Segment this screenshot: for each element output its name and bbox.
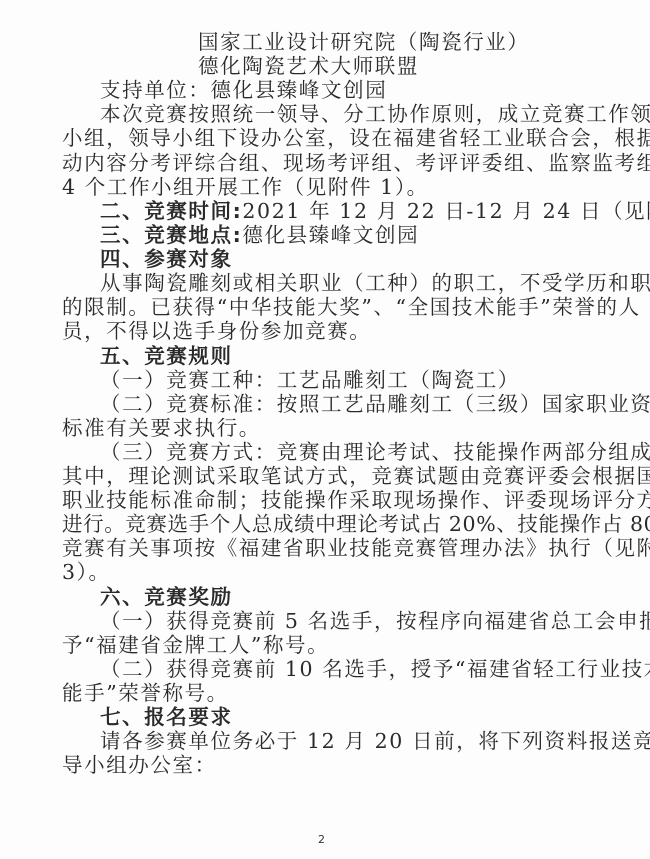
- intro-line: 小组，领导小组下设办公室，设在福建省轻工业联合会，根据活: [62, 126, 650, 150]
- support-value: 德化县臻峰文创园: [211, 78, 388, 102]
- support-label: 支持单位：: [100, 78, 211, 102]
- paragraph-line: 进行。竞赛选手个人总成绩中理论考试占 20%、技能操作占 80%。: [62, 512, 650, 536]
- paragraph-line: 标准有关要求执行。: [62, 416, 261, 440]
- paragraph-line: （一）竞赛工种：工艺品雕刻工（陶瓷工）: [100, 368, 520, 392]
- section-heading: 二、竞赛时间:: [100, 199, 242, 223]
- section-text: 2021 年 12 月 22 日-12 月 24 日（见附件 2）。: [242, 199, 650, 223]
- section-heading: 六、竞赛奖励: [100, 585, 233, 609]
- paragraph-line: 的限制。已获得“中华技能大奖”、“全国技术能手”荣誉的人: [62, 295, 641, 319]
- paragraph-line: 其中，理论测试采取笔试方式，竞赛试题由竞赛评委会根据国家: [62, 464, 650, 488]
- org-line-2: 德化陶瓷艺术大师联盟: [198, 54, 419, 78]
- paragraph-line: 3）。: [62, 560, 111, 584]
- support-line: 支持单位：德化县臻峰文创园: [100, 78, 387, 102]
- intro-line: 4 个工作小组开展工作（见附件 1）。: [62, 175, 429, 199]
- paragraph-line: 员，不得以选手身份参加竞赛。: [62, 319, 371, 343]
- section-time: 二、竞赛时间:2021 年 12 月 22 日-12 月 24 日（见附件 2）…: [100, 199, 650, 223]
- page-number: 2: [318, 833, 325, 846]
- paragraph-line: 能手”荣誉称号。: [62, 681, 229, 705]
- intro-line: 本次竞赛按照统一领导、分工协作原则，成立竞赛工作领导: [100, 102, 650, 126]
- paragraph-line: 从事陶瓷雕刻或相关职业（工种）的职工，不受学历和职务: [100, 271, 650, 295]
- paragraph-line: 予“福建省金牌工人”称号。: [62, 633, 329, 657]
- paragraph-line: （二）获得竞赛前 10 名选手，授予“福建省轻工行业技术: [100, 657, 650, 681]
- section-heading: 三、竞赛地点:: [100, 223, 242, 247]
- document-page: 国家工业设计研究院（陶瓷行业） 德化陶瓷艺术大师联盟 支持单位：德化县臻峰文创园…: [0, 0, 650, 859]
- section-location: 三、竞赛地点:德化县臻峰文创园: [100, 223, 419, 247]
- paragraph-line: 导小组办公室：: [62, 753, 217, 777]
- paragraph-line: （一）获得竞赛前 5 名选手，按程序向福建省总工会申报授: [100, 609, 650, 633]
- paragraph-line: 职业技能标准命制；技能操作采取现场操作、评委现场评分方式: [62, 488, 650, 512]
- section-heading: 五、竞赛规则: [100, 344, 233, 368]
- paragraph-line: （三）竞赛方式：竞赛由理论考试、技能操作两部分组成，: [100, 440, 650, 464]
- paragraph-line: 竞赛有关事项按《福建省职业技能竞赛管理办法》执行（见附件: [62, 536, 650, 560]
- intro-line: 动内容分考评综合组、现场考评组、考评评委组、监察监考组等: [62, 151, 650, 175]
- section-heading: 四、参赛对象: [100, 247, 233, 271]
- paragraph-line: （二）竞赛标准：按照工艺品雕刻工（三级）国家职业资格: [100, 392, 650, 416]
- org-line-1: 国家工业设计研究院（陶瓷行业）: [198, 30, 530, 54]
- section-heading: 七、报名要求: [100, 705, 233, 729]
- section-text: 德化县臻峰文创园: [242, 223, 419, 247]
- paragraph-line: 请各参赛单位务必于 12 月 20 日前，将下列资料报送竞赛领: [100, 729, 650, 753]
